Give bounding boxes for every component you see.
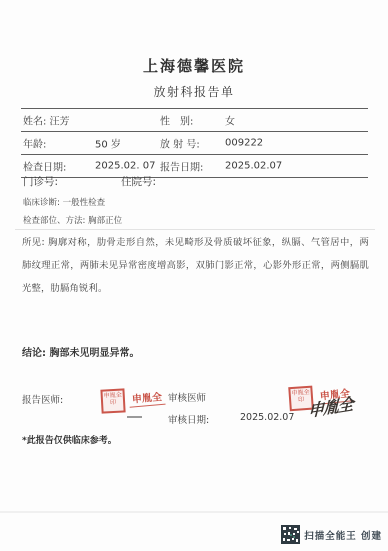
exam-date-value: 2025.02. 07 (95, 161, 155, 172)
scan-artifact-dash (127, 416, 142, 418)
radiology-no-value: 009222 (225, 138, 263, 149)
review-doctor-label: 审核医师 (168, 390, 206, 404)
exam-date-label: 检查日期: (23, 159, 66, 174)
review-date-value: 2025.02.07 (240, 412, 294, 423)
name-label: 姓名: 汪芳 (23, 113, 70, 128)
radiology-report-page: 上海德馨医院 放射科报告单 姓名: 汪芳 性 别: 女 年龄: 50 岁 放 射… (0, 0, 388, 551)
sex-value: 女 (225, 113, 235, 128)
stamp-name-text: 申胤全 (128, 388, 165, 408)
findings-paragraph: 所见: 胸廓对称，肋骨走形自然，未见畸形及骨质破坏征象，纵膈、气管居中，两肺纹理… (22, 231, 369, 300)
footer-note: *此报告仅供临床参考。 (22, 433, 117, 446)
hospital-name: 上海德馨医院 (0, 55, 388, 76)
report-doctor-stamp: 申胤全印 申胤全 (100, 386, 165, 413)
review-date-label: 审核日期: (168, 412, 209, 426)
table-row: 姓名: 汪芳 性 别: 女 (21, 108, 368, 131)
clinical-diagnosis: 临床诊断: 一般性检查 (23, 196, 105, 208)
radiology-no-label: 放 射 号: (160, 136, 200, 151)
exam-site-method: 检查部位、方法: 胸部正位 (23, 214, 122, 226)
watermark-text: 扫描全能王 创建 (304, 528, 382, 542)
report-title: 放射科报告单 (0, 83, 388, 100)
scanner-watermark: 扫描全能王 创建 (281, 525, 382, 544)
visit-number-row: 门诊号: 住院号: (23, 174, 368, 189)
report-date-value: 2025.02.07 (225, 161, 282, 172)
table-row: 年龄: 50 岁 放 射 号: 009222 (21, 131, 368, 154)
outpatient-no-label: 门诊号: (23, 176, 58, 188)
sex-label: 性 别: (160, 113, 193, 128)
qr-code-icon (281, 525, 300, 544)
age-label: 年龄: (23, 136, 46, 151)
report-date-label: 报告日期: (160, 159, 203, 174)
age-value: 50 岁 (95, 136, 121, 151)
red-seal-icon: 申胤全印 (100, 388, 125, 413)
patient-info-table: 姓名: 汪芳 性 别: 女 年龄: 50 岁 放 射 号: 009222 检查日… (21, 108, 368, 178)
scan-page-edge (0, 511, 388, 513)
inpatient-no-label: 住院号: (121, 174, 156, 189)
conclusion-text: 结论: 胸部未见明显异常。 (22, 344, 139, 359)
report-doctor-label: 报告医师: (22, 392, 63, 406)
section-divider (15, 229, 375, 230)
